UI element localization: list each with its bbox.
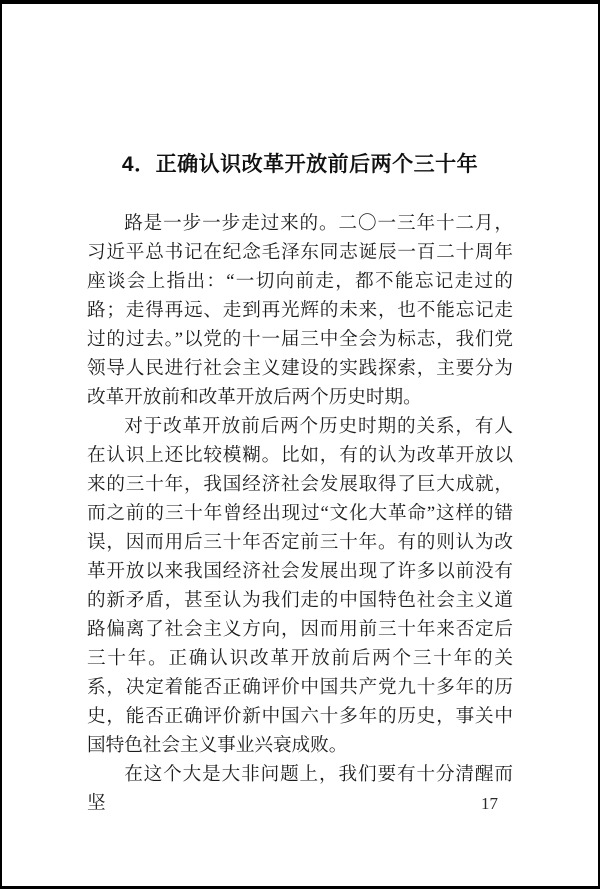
paragraph-2: 对于改革开放前后两个历史时期的关系，有人在认识上还比较模糊。比如，有的认为改革开… xyxy=(87,412,513,760)
body-text: 路是一步一步走过来的。二〇一三年十二月，习近平总书记在纪念毛泽东同志诞辰一百二十… xyxy=(87,209,513,818)
page-number: 17 xyxy=(481,795,498,812)
paragraph-1: 路是一步一步走过来的。二〇一三年十二月，习近平总书记在纪念毛泽东同志诞辰一百二十… xyxy=(87,209,513,412)
book-page: 4．正确认识改革开放前后两个三十年 路是一步一步走过来的。二〇一三年十二月，习近… xyxy=(0,0,600,889)
paragraph-3: 在这个大是大非问题上，我们要有十分清醒而坚 xyxy=(87,760,513,818)
section-title: 4．正确认识改革开放前后两个三十年 xyxy=(87,4,513,178)
page-content: 4．正确认识改革开放前后两个三十年 路是一步一步走过来的。二〇一三年十二月，习近… xyxy=(2,4,598,818)
